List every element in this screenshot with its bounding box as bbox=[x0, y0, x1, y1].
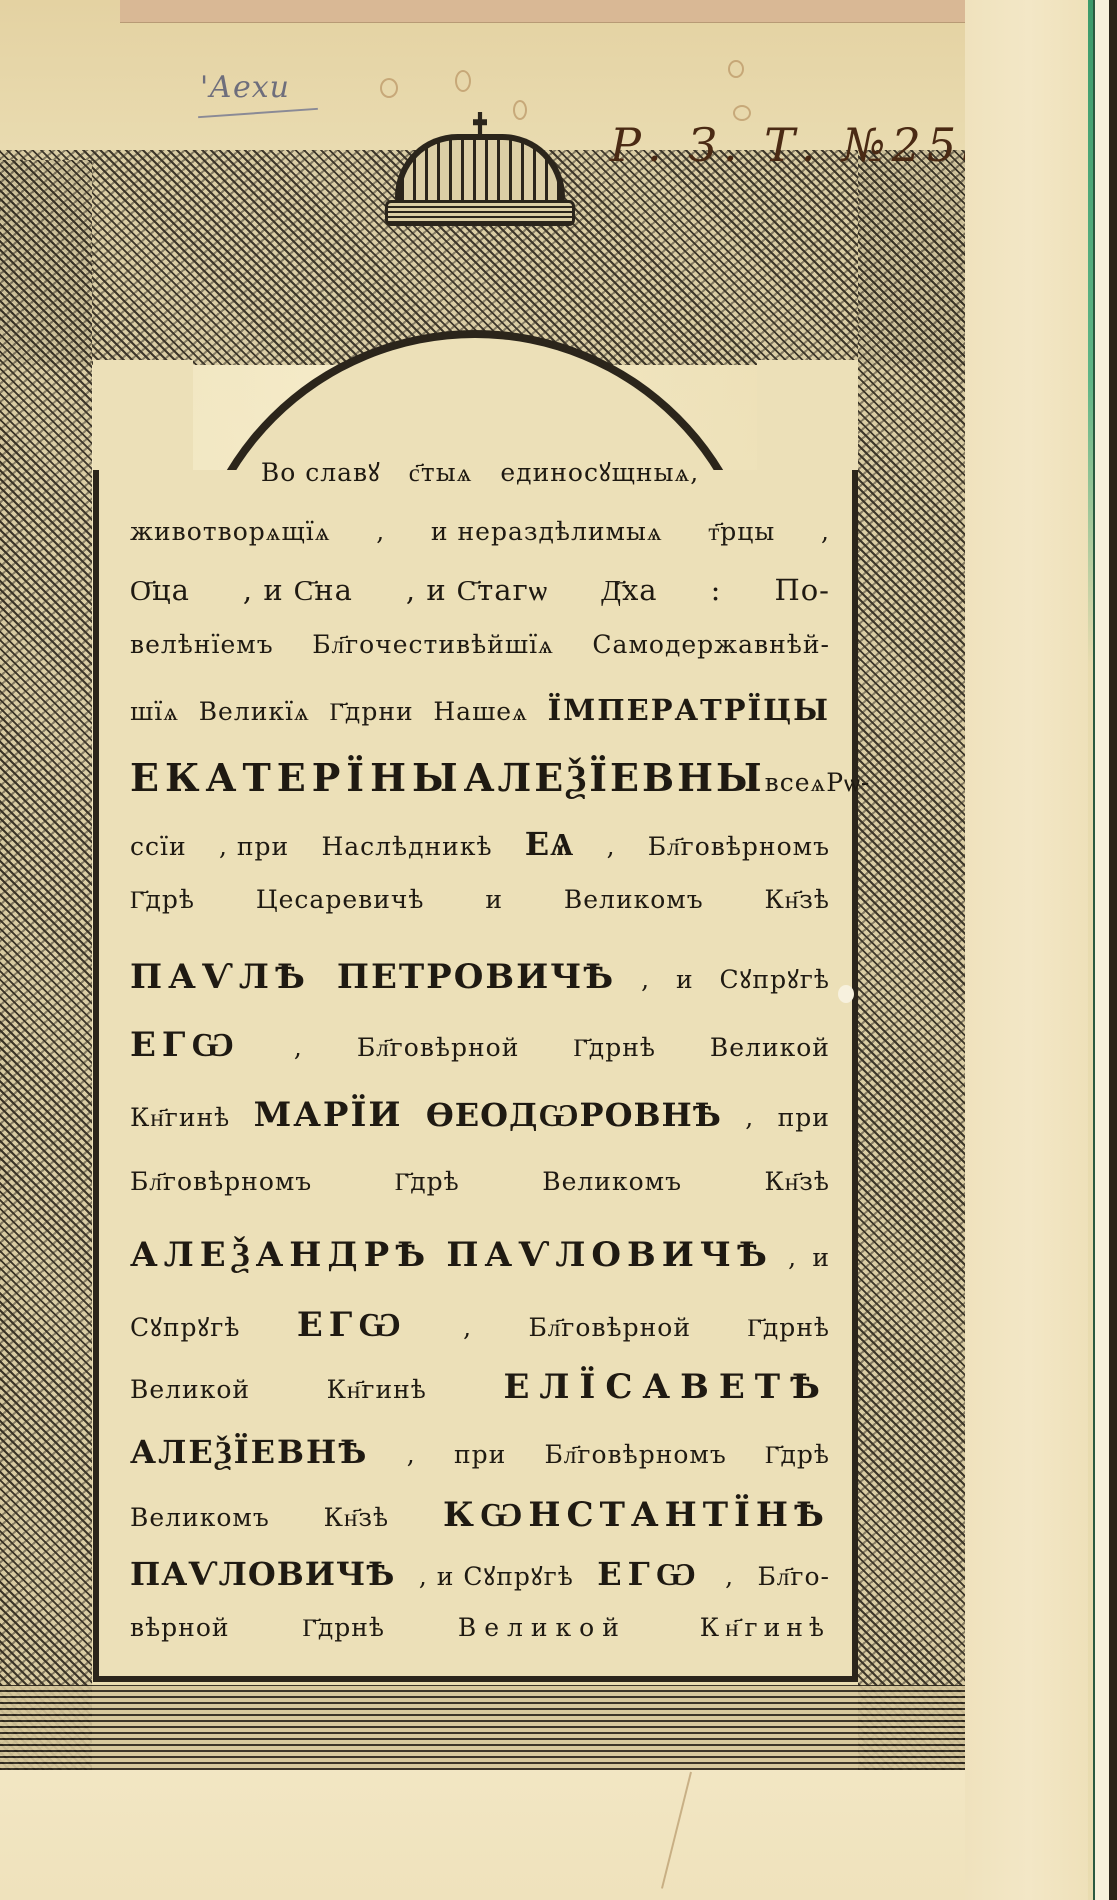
text-line-11: Кн҃гинѣ МАРЇИ ѲЕОДѠРОВНѢ , при bbox=[130, 1095, 830, 1135]
text-line-19: вѣрной Г҃дрнѣ Великой Кн҃гинѣ bbox=[130, 1613, 830, 1643]
pencil-annotation: 'Аехи bbox=[200, 70, 290, 105]
text-line-15: Великой Кн҃гинѣ ЕЛЇСАВЕТѢ bbox=[130, 1367, 830, 1407]
text-line-16: АЛЕѮЇЕВНѢ , при Бл҃говѣрномъ Г҃дрѣ bbox=[130, 1433, 830, 1471]
text-line-3: О҃ца , и С҃на , и С҃тагѡ Д҃ха : По- bbox=[130, 573, 830, 608]
shelfmark-annotation: Р. З. Т. №255 bbox=[610, 118, 997, 172]
bottom-blank-margin bbox=[0, 1770, 965, 1900]
page-margin-strip bbox=[965, 0, 1093, 1900]
text-line-8: Г҃дрѣ Цесаревичѣ и Великомъ Кн҃зѣ bbox=[130, 885, 830, 915]
crown-icon bbox=[385, 112, 575, 230]
paper-hole bbox=[838, 985, 854, 1003]
ornament-bottom-border bbox=[0, 1685, 965, 1770]
top-paper-tab bbox=[120, 0, 975, 23]
text-line-17: Великомъ Кн҃зѣ КѠНСТАНТЇНѢ bbox=[130, 1495, 830, 1535]
next-page-strip bbox=[1095, 0, 1109, 1900]
binding-edge bbox=[1109, 0, 1117, 1900]
page-scan: 'Аехи Р. З. Т. №255 Во славꙋ с҃тыѧ едино… bbox=[0, 0, 1117, 1900]
text-line-14: Сꙋпрꙋгѣ ЕГѠ , Бл҃говѣрной Г҃дрнѣ bbox=[130, 1305, 830, 1345]
text-line-2: животворѧщїѧ , и нераздѣлимыѧ т҃рцы , bbox=[130, 517, 830, 547]
text-line-7: ссїи , при Наслѣдникѣ ЕѦ , Бл҃говѣрномъ bbox=[130, 825, 830, 863]
text-line-18: ПАѴЛОВИЧѢ , и Сꙋпрꙋгѣ ЕГѠ , Бл҃го- bbox=[130, 1555, 830, 1593]
crown-cross-icon bbox=[473, 112, 487, 136]
text-line-12: Бл҃говѣрномъ Г҃дрѣ Великомъ Кн҃зѣ bbox=[130, 1167, 830, 1197]
foxing-spot bbox=[380, 78, 398, 98]
text-line-9: ПАѴЛѢ ПЕТРОВИЧѢ , и Сꙋпрꙋгѣ bbox=[130, 957, 830, 997]
text-line-10: ЕГѠ , Бл҃говѣрной Г҃дрнѣ Великой bbox=[130, 1025, 830, 1065]
text-line-13: АЛЕѮАНДРѢ ПАѴЛОВИЧѢ , и bbox=[130, 1235, 830, 1275]
ornament-right-border bbox=[858, 150, 965, 1770]
foxing-spot bbox=[513, 100, 527, 120]
foxing-spot bbox=[728, 60, 744, 78]
text-line-4: велѣнїемъ Бл҃гочестивѣйшїѧ Самодержавнѣй… bbox=[130, 630, 830, 660]
foxing-spot bbox=[455, 70, 471, 92]
text-line-1: Во славꙋ с҃тыѧ единосꙋщныѧ, bbox=[130, 455, 830, 489]
text-line-6: ЕКАТЕРЇНЫ АЛЕѮЇЕВНЫ всеѧ Рѡ- bbox=[130, 755, 830, 801]
text-line-5: шїѧ Великїѧ Г҃дрни Нашеѧ ЇМПЕРАТРЇЦЫ bbox=[130, 693, 830, 727]
ornament-left-border bbox=[0, 160, 92, 1770]
